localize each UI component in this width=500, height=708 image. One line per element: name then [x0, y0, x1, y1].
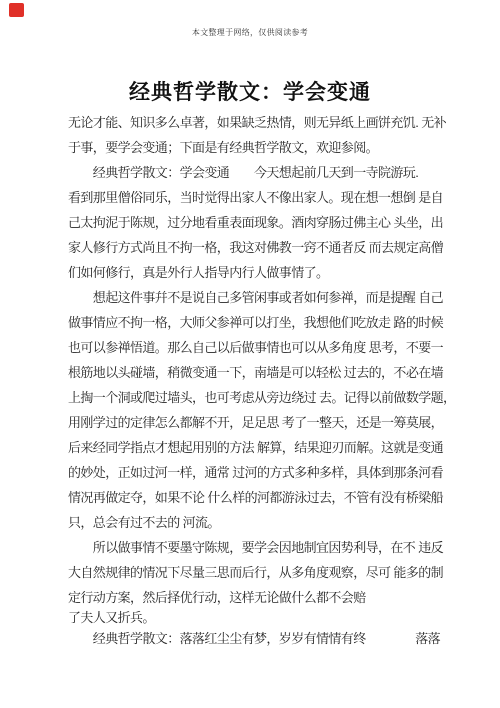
body-line: 大自然规律的情况下尽量三思而后行，从多角度观察，尽可 能多的制	[68, 560, 434, 585]
body-line: 经典哲学散文：学会变通 今天想起前几天到一寺院游玩.	[68, 160, 434, 185]
body-line: 了夫人又折兵。	[68, 610, 434, 626]
page-title: 经典哲学散文：学会变通	[0, 76, 500, 106]
red-corner-badge	[9, 3, 24, 17]
body-line: 己太拘泥于陈规，过分地看重表面现象。酒肉穿肠过佛主心 头坐，出	[68, 210, 434, 235]
body-line: 用刚学过的定律怎么都解不开，足足思 考了一整天，还是一筹莫展，	[68, 410, 434, 435]
body-line: 定行动方案，然后择优行动，这样无论做什么都不会赔	[68, 585, 434, 610]
body-line: 做事情应不拘一格，大师父参禅可以打坐，我想他们吃放走 路的时候	[68, 310, 434, 335]
body-line: 情况再做定夺，如果不论 什么样的河都游泳过去，不管有没有桥梁船	[68, 485, 434, 510]
body-line: 经典哲学散文：落落红尘尘有梦，岁岁有情情有终 落落	[68, 626, 434, 651]
body-text: 无论才能、知识多么卓著，如果缺乏热情，则无异纸上画饼充饥. 无补 于事，要学会变…	[68, 110, 434, 651]
document-page: 本文整理于网络，仅供阅读参考 经典哲学散文：学会变通 无论才能、知识多么卓著，如…	[0, 0, 500, 708]
body-line: 根筋地以头碰墙，稍微变通一下，南墙是可以轻松 过去的，不必在墙	[68, 360, 434, 385]
body-line: 于事，要学会变通；下面是有经典哲学散文，欢迎参阅。	[68, 135, 434, 160]
header-disclaimer: 本文整理于网络，仅供阅读参考	[0, 27, 500, 38]
body-line: 想起这件事幷不是说自己多管闲事或者如何参禅，而是提醒 自己	[68, 285, 434, 310]
body-line: 们如何修行，真是外行人指导内行人做事情了。	[68, 260, 434, 285]
body-line: 看到那里僧俗同乐，当时觉得出家人不像出家人。现在想一想倒 是自	[68, 185, 434, 210]
body-line: 无论才能、知识多么卓著，如果缺乏热情，则无异纸上画饼充饥. 无补	[68, 110, 434, 135]
body-line: 所以做事情不要墨守陈规，要学会因地制宜因势利导，在不 违反	[68, 535, 434, 560]
body-line: 家人修行方式尚且不拘一格，我这对佛教一窍不通者反 而去规定高僧	[68, 235, 434, 260]
body-line: 的妙处，正如过河一样，通常 过河的方式多种多样，具体到那条河看	[68, 460, 434, 485]
body-line: 只，总会有过不去的 河流。	[68, 510, 434, 535]
body-line: 也可以参禅悟道。那么自己以后做事情也可以从多角度 思考，不要一	[68, 335, 434, 360]
body-line: 上掏一个洞或爬过墙头，也可考虑从旁边绕过 去。记得以前做数学题，	[68, 385, 434, 410]
body-line: 后来经同学指点才想起用别的方法 解算，结果迎刃而解。这就是变通	[68, 435, 434, 460]
